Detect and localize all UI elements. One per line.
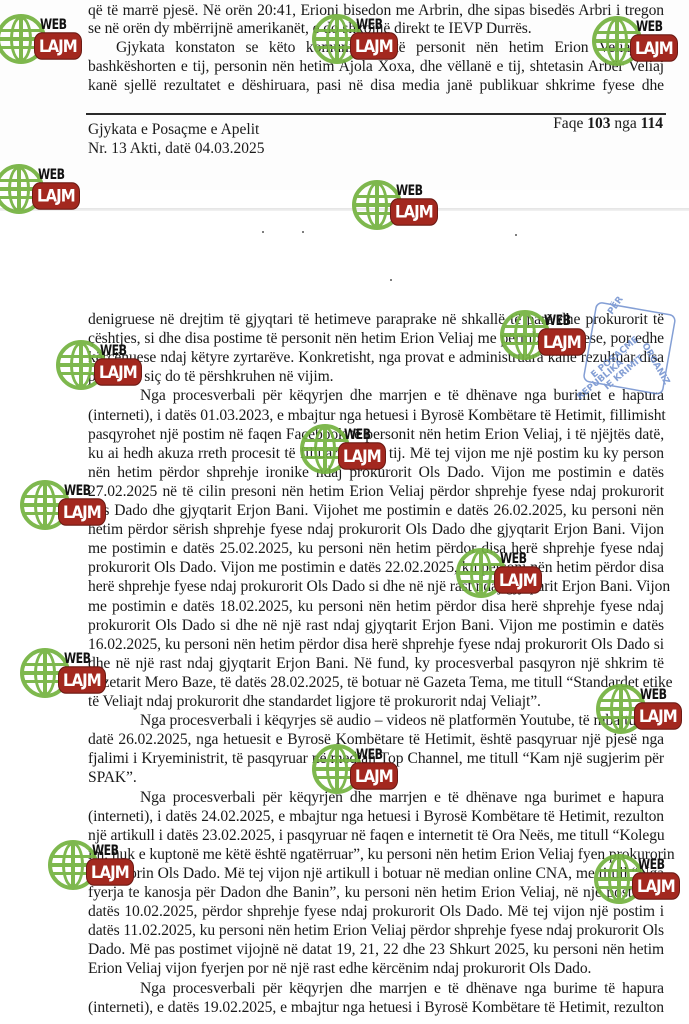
text-line: (interneti), i datës 24.02.2025, e mbajt…	[88, 807, 664, 826]
text-line: 16.02.2025, ku personi nën hetim përdor …	[88, 635, 664, 654]
text-line: kanë sjellë rezultatet e dëshiruara, pas…	[88, 76, 664, 95]
footer-court-info: Gjykata e Posaçme e Apelit Nr. 13 Akti, …	[88, 120, 265, 158]
previous-page-bottom: që të marrë pjesë. Në orën 20:41, Erioni…	[0, 0, 689, 190]
scan-speck	[390, 279, 392, 281]
text-line: Nga procesverbali për këqyrjen dhe marrj…	[140, 788, 664, 807]
text-line: kërcënuese ndaj këtyre zyrtarëve. Konkre…	[88, 348, 664, 367]
text-line: herë shprehje fyese ndaj prokurorit Ols …	[88, 577, 664, 596]
text-line: se në orën dy mbërrijnë amerikanët, e do…	[88, 19, 664, 38]
scan-speck	[302, 231, 304, 233]
text-line: datës 11.02.2025, ku personi nën hetim E…	[88, 921, 664, 940]
act-number: Nr. 13 Akti, datë 04.03.2025	[88, 139, 265, 158]
text-line: ku ai hedh akuza rreth procesit të fillu…	[88, 444, 664, 463]
page-number: Faqe 103 nga 114	[553, 115, 663, 133]
text-line: datë 26.02.2025, nga hetuesit e Byrosë K…	[88, 730, 664, 749]
page-separator	[0, 208, 689, 211]
watermark-lajm-badge: LAJM	[390, 198, 438, 226]
text-line: Dado. Më pas postimet vijojnë në datat 1…	[88, 940, 664, 959]
text-line: gazetarit Mero Baze, të datës 28.02.2025…	[88, 673, 664, 692]
text-line: Ols Dado dhe gjyqtarit Erjon Bani. Vijoh…	[88, 501, 664, 520]
text-line: SPAK”.	[88, 768, 664, 787]
text-line: Nga procesverbali për këqyrjen dhe marrj…	[140, 386, 664, 405]
court-name: Gjykata e Posaçme e Apelit	[88, 120, 265, 139]
text-line: fjalimi i Kryeministrit, të pasqyruar në…	[88, 749, 664, 768]
text-line: (interneti), e datës 19.02.2025, e mbajt…	[88, 998, 664, 1017]
text-line: me postimin e datës 25.02.2025, ku perso…	[88, 539, 664, 558]
text-line: 27.02.2025 në të cilin presoni nën hetim…	[88, 482, 664, 501]
text-line: Gjykata konstaton se këto komunikime të …	[116, 38, 664, 57]
globe-icon	[20, 648, 70, 698]
text-line: që të marrë pjesë. Në orën 20:41, Erioni…	[88, 1, 664, 20]
text-line: prokurorin Ols Dado. Më tej vijon një ar…	[88, 864, 664, 883]
text-line: postime, siç do të përshkruhen në vijim.	[88, 367, 664, 386]
text-line: me postimin e datës 18.02.2025, ku perso…	[88, 597, 664, 616]
text-line: im, nuk e kuptonë me këtë është ngatërru…	[88, 845, 664, 864]
text-line: Nga procesverbali i këqyrjes së audio – …	[140, 711, 664, 730]
text-line: çështjes, si dhe disa postime të personi…	[88, 329, 664, 348]
watermark-web-text: WEB	[64, 650, 91, 667]
text-line: Nga procesverbali për këqyrjen dhe marrj…	[140, 979, 664, 998]
text-line: datës 10.02.2025, përdor shprehje fyese …	[88, 902, 664, 921]
globe-icon	[20, 480, 70, 530]
text-line: fyerja te kanosja për Dadon dhe Banin”, …	[88, 883, 664, 902]
text-line: dhe në një rast ndaj gjyqtarit Erjon Ban…	[88, 654, 664, 673]
text-line: Erion Veliaj vijon fyerjen por në një ra…	[88, 959, 664, 978]
watermark-web-text: WEB	[64, 482, 91, 499]
text-line: nën hetim përdor shprehje ironike ndaj p…	[88, 463, 664, 482]
text-line: një artikull i datës 23.02.2025, i pasqy…	[88, 826, 664, 845]
text-line: (interneti), i datës 01.03.2023, e mbajt…	[88, 406, 664, 425]
text-line: bashkëshorten e tij, personin nën hetim …	[88, 57, 664, 76]
text-line: pasqyrohet një postim në faqen Facebook …	[88, 425, 664, 444]
text-line: prokurorit Ols Dado. Vijon me postimin e…	[88, 558, 664, 577]
text-line: të Veliajt ndaj prokurorit dhe standarde…	[88, 692, 664, 711]
text-line: denigruese në drejtim të gjyqtari të het…	[88, 310, 664, 329]
scan-speck	[262, 231, 264, 233]
text-line: prokurorit Ols Dado si dhe në një rast n…	[88, 616, 664, 635]
scan-speck	[515, 234, 517, 236]
text-line: hetim përdor sërish shprehje fyese ndaj …	[88, 520, 664, 539]
